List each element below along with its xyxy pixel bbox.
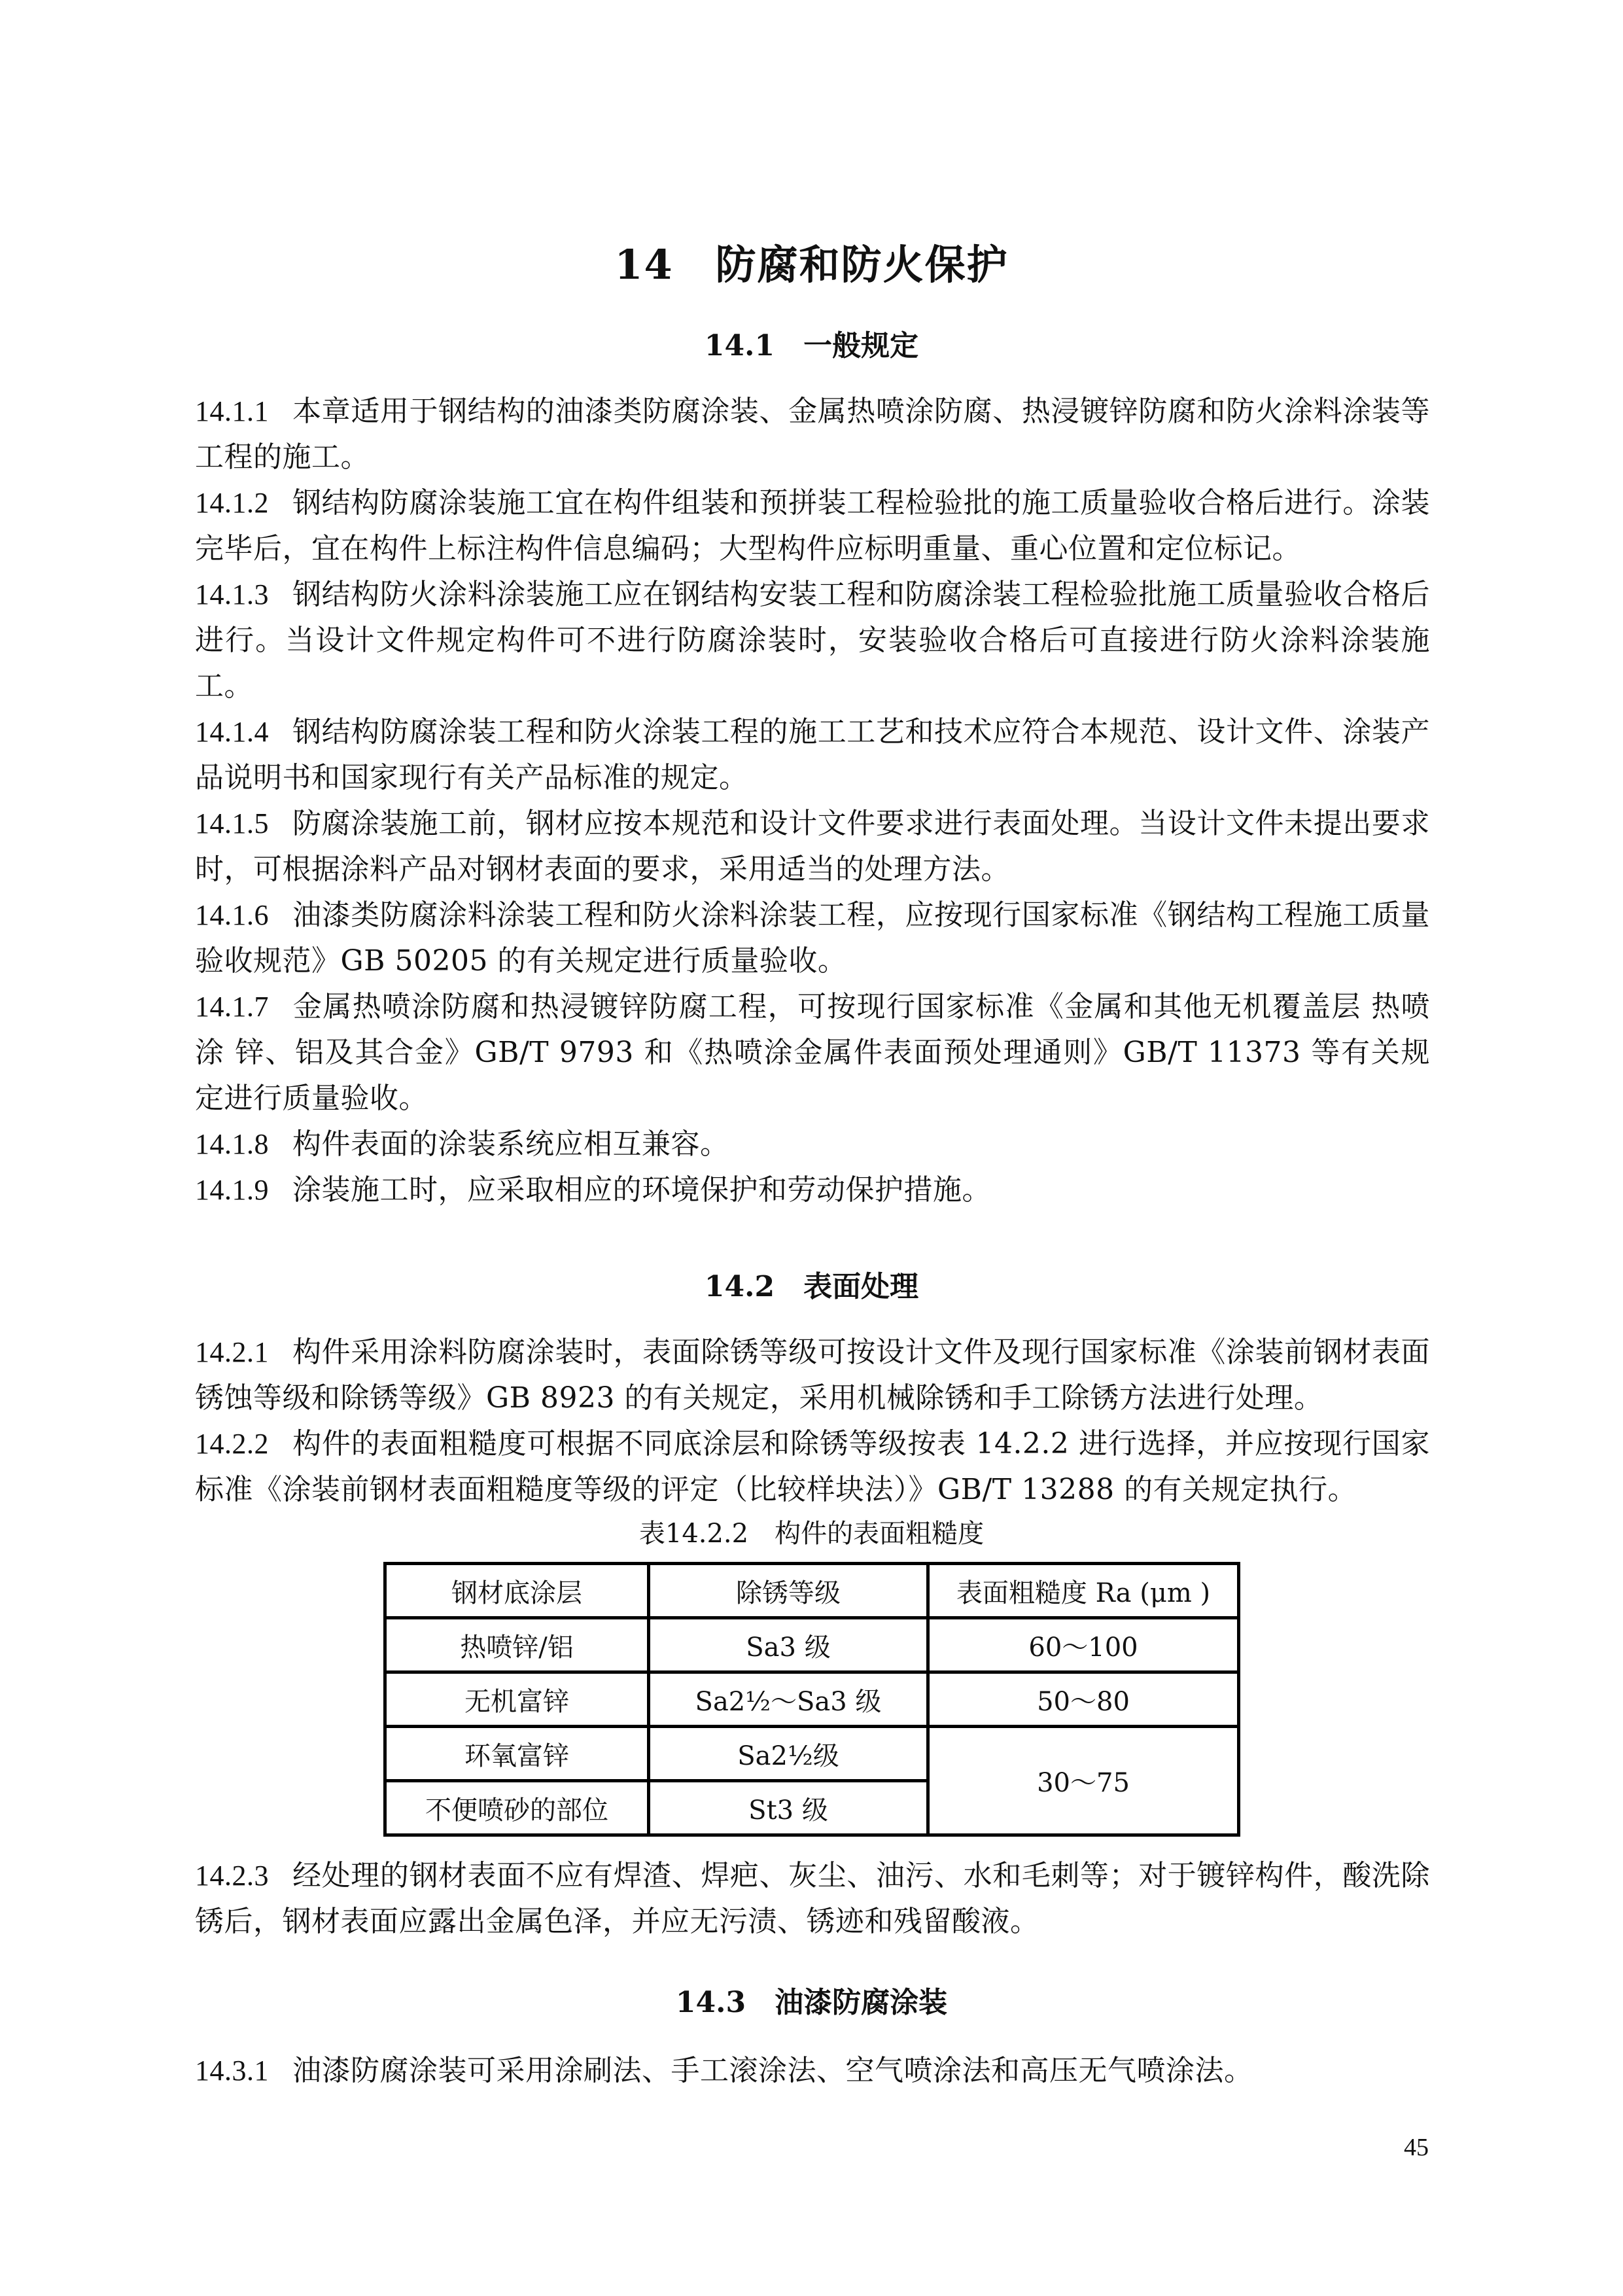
clause-text: 构件的表面粗糙度可根据不同底涂层和除锈等级按表 14.2.2 进行选择，并应按现… bbox=[195, 1427, 1430, 1506]
clause-number: 14.1.9 bbox=[195, 1174, 269, 1206]
page-number: 45 bbox=[1404, 2133, 1429, 2162]
section-title-14-1: 14.1 一般规定 bbox=[0, 322, 1623, 364]
section-title-14-3: 14.3 油漆防腐涂装 bbox=[0, 1979, 1623, 2021]
section-title-text: 油漆防腐涂装 bbox=[775, 1986, 947, 2019]
table-header-row: 钢材底涂层 除锈等级 表面粗糙度 Ra (μm ) bbox=[385, 1564, 1239, 1618]
clause-14-1-6: 14.1.6油漆类防腐涂料涂装工程和防火涂料涂装工程，应按现行国家标准《钢结构工… bbox=[195, 892, 1430, 984]
table-cell-merged: 30～75 bbox=[928, 1727, 1239, 1835]
table-cell: 50～80 bbox=[928, 1672, 1239, 1727]
table-cell: St3 级 bbox=[649, 1781, 928, 1835]
clause-14-1-9: 14.1.9涂装施工时，应采取相应的环境保护和劳动保护措施。 bbox=[195, 1167, 1430, 1213]
table-cell: 热喷锌/铝 bbox=[385, 1618, 649, 1672]
clause-14-1-1: 14.1.1本章适用于钢结构的油漆类防腐涂装、金属热喷涂防腐、热浸镀锌防腐和防火… bbox=[195, 389, 1430, 480]
clause-text: 钢结构防腐涂装工程和防火涂装工程的施工工艺和技术应符合本规范、设计文件、涂装产品… bbox=[195, 715, 1430, 794]
table-cell: Sa2½级 bbox=[649, 1727, 928, 1781]
table-cell: 无机富锌 bbox=[385, 1672, 649, 1727]
table-cell: Sa3 级 bbox=[649, 1618, 928, 1672]
clause-number: 14.1.6 bbox=[195, 899, 269, 931]
section-number: 14.1 bbox=[705, 329, 775, 362]
table-row: 无机富锌 Sa2½～Sa3 级 50～80 bbox=[385, 1672, 1239, 1727]
clause-text: 经处理的钢材表面不应有焊渣、焊疤、灰尘、油污、水和毛刺等；对于镀锌构件，酸洗除锈… bbox=[195, 1859, 1430, 1938]
clause-number: 14.1.5 bbox=[195, 807, 269, 839]
clause-text: 油漆防腐涂装可采用涂刷法、手工滚涂法、空气喷涂法和高压无气喷涂法。 bbox=[292, 2054, 1253, 2087]
clause-text: 钢结构防火涂料涂装施工应在钢结构安装工程和防腐涂装工程检验批施工质量验收合格后进… bbox=[195, 578, 1430, 703]
clause-text: 防腐涂装施工前，钢材应按本规范和设计文件要求进行表面处理。当设计文件未提出要求时… bbox=[195, 807, 1430, 886]
clause-text: 构件表面的涂装系统应相互兼容。 bbox=[292, 1127, 729, 1161]
table-row: 热喷锌/铝 Sa3 级 60～100 bbox=[385, 1618, 1239, 1672]
clause-14-2-1: 14.2.1构件采用涂料防腐涂装时，表面除锈等级可按设计文件及现行国家标准《涂装… bbox=[195, 1330, 1430, 1421]
chapter-title: 14 防腐和防火保护 bbox=[0, 232, 1623, 291]
clause-number: 14.2.3 bbox=[195, 1860, 269, 1892]
clause-14-1-2: 14.1.2钢结构防腐涂装施工宜在构件组装和预拼装工程检验批的施工质量验收合格后… bbox=[195, 480, 1430, 572]
clause-14-2-2: 14.2.2构件的表面粗糙度可根据不同底涂层和除锈等级按表 14.2.2 进行选… bbox=[195, 1421, 1430, 1513]
table-header-cell: 除锈等级 bbox=[649, 1564, 928, 1618]
clause-number: 14.1.3 bbox=[195, 578, 269, 610]
table-cell: 不便喷砂的部位 bbox=[385, 1781, 649, 1835]
clause-14-1-3: 14.1.3钢结构防火涂料涂装施工应在钢结构安装工程和防腐涂装工程检验批施工质量… bbox=[195, 572, 1430, 709]
clause-number: 14.3.1 bbox=[195, 2055, 269, 2087]
clause-number: 14.1.4 bbox=[195, 716, 269, 748]
clause-number: 14.1.1 bbox=[195, 395, 269, 427]
clause-number: 14.2.1 bbox=[195, 1336, 269, 1368]
clause-text: 涂装施工时，应采取相应的环境保护和劳动保护措施。 bbox=[292, 1173, 991, 1207]
table-cell: 60～100 bbox=[928, 1618, 1239, 1672]
table-row: 环氧富锌 Sa2½级 30～75 bbox=[385, 1727, 1239, 1781]
table-cell: Sa2½～Sa3 级 bbox=[649, 1672, 928, 1727]
section-14-1-body: 14.1.1本章适用于钢结构的油漆类防腐涂装、金属热喷涂防腐、热浸镀锌防腐和防火… bbox=[195, 389, 1430, 1213]
clause-14-3-1: 14.3.1油漆防腐涂装可采用涂刷法、手工滚涂法、空气喷涂法和高压无气喷涂法。 bbox=[195, 2048, 1430, 2094]
table-caption: 表14.2.2 构件的表面粗糙度 bbox=[0, 1513, 1623, 1550]
clause-text: 构件采用涂料防腐涂装时，表面除锈等级可按设计文件及现行国家标准《涂装前钢材表面锈… bbox=[195, 1335, 1430, 1415]
clause-text: 本章适用于钢结构的油漆类防腐涂装、金属热喷涂防腐、热浸镀锌防腐和防火涂料涂装等工… bbox=[195, 395, 1430, 474]
section-title-text: 表面处理 bbox=[803, 1270, 918, 1303]
table-header-cell: 钢材底涂层 bbox=[385, 1564, 649, 1618]
clause-number: 14.1.2 bbox=[195, 487, 269, 519]
section-number: 14.3 bbox=[676, 1986, 746, 2019]
table-cell: 环氧富锌 bbox=[385, 1727, 649, 1781]
clause-14-2-3: 14.2.3经处理的钢材表面不应有焊渣、焊疤、灰尘、油污、水和毛刺等；对于镀锌构… bbox=[195, 1853, 1430, 1945]
section-title-text: 一般规定 bbox=[803, 329, 918, 362]
clause-text: 油漆类防腐涂料涂装工程和防火涂料涂装工程，应按现行国家标准《钢结构工程施工质量验… bbox=[195, 898, 1430, 978]
section-title-14-2: 14.2 表面处理 bbox=[0, 1263, 1623, 1305]
clause-text: 金属热喷涂防腐和热浸镀锌防腐工程，可按现行国家标准《金属和其他无机覆盖层 热喷涂… bbox=[195, 990, 1430, 1115]
clause-text: 钢结构防腐涂装施工宜在构件组装和预拼装工程检验批的施工质量验收合格后进行。涂装完… bbox=[195, 486, 1430, 565]
document-page: 14 防腐和防火保护 14.1 一般规定 14.1.1本章适用于钢结构的油漆类防… bbox=[0, 0, 1623, 2296]
section-14-3-body: 14.3.1油漆防腐涂装可采用涂刷法、手工滚涂法、空气喷涂法和高压无气喷涂法。 bbox=[195, 2048, 1430, 2094]
section-14-2-body-continued: 14.2.3经处理的钢材表面不应有焊渣、焊疤、灰尘、油污、水和毛刺等；对于镀锌构… bbox=[195, 1853, 1430, 1945]
chapter-number: 14 bbox=[614, 241, 673, 289]
section-number: 14.2 bbox=[705, 1270, 775, 1303]
clause-number: 14.2.2 bbox=[195, 1428, 269, 1460]
table-header-cell: 表面粗糙度 Ra (μm ) bbox=[928, 1564, 1239, 1618]
section-14-2-body: 14.2.1构件采用涂料防腐涂装时，表面除锈等级可按设计文件及现行国家标准《涂装… bbox=[195, 1330, 1430, 1513]
clause-number: 14.1.7 bbox=[195, 991, 269, 1023]
clause-14-1-7: 14.1.7金属热喷涂防腐和热浸镀锌防腐工程，可按现行国家标准《金属和其他无机覆… bbox=[195, 984, 1430, 1122]
chapter-title-text: 防腐和防火保护 bbox=[716, 241, 1009, 289]
clause-number: 14.1.8 bbox=[195, 1128, 269, 1160]
clause-14-1-5: 14.1.5防腐涂装施工前，钢材应按本规范和设计文件要求进行表面处理。当设计文件… bbox=[195, 801, 1430, 892]
surface-roughness-table: 钢材底涂层 除锈等级 表面粗糙度 Ra (μm ) 热喷锌/铝 Sa3 级 60… bbox=[383, 1562, 1240, 1837]
clause-14-1-4: 14.1.4钢结构防腐涂装工程和防火涂装工程的施工工艺和技术应符合本规范、设计文… bbox=[195, 709, 1430, 801]
clause-14-1-8: 14.1.8构件表面的涂装系统应相互兼容。 bbox=[195, 1122, 1430, 1167]
